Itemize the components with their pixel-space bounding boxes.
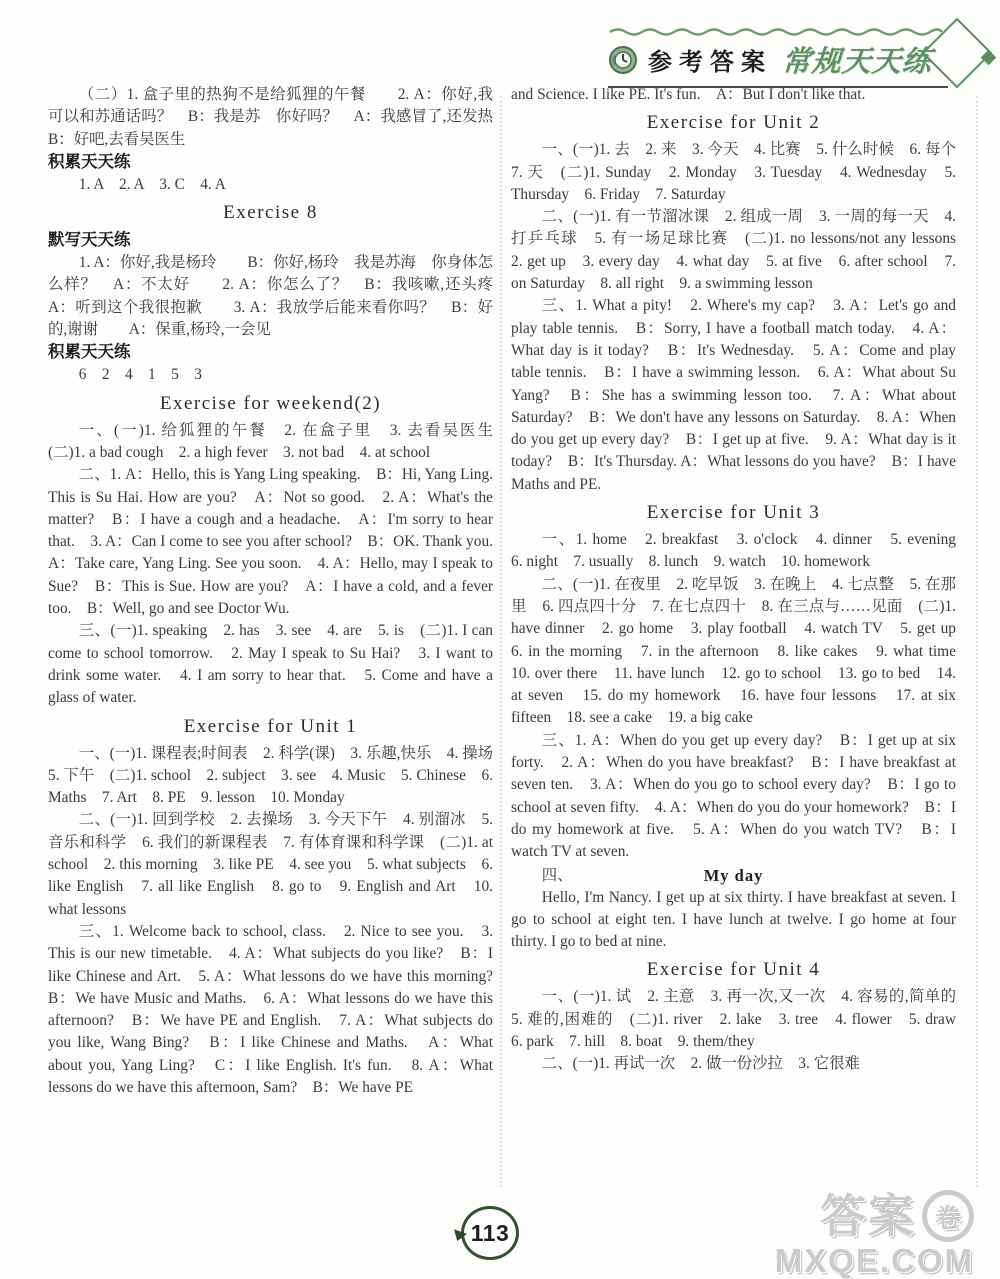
answer-paragraph: 二、(一)1. 有一节溜冰课 2. 组成一周 3. 一周的每一天 4. 打乒乓球… bbox=[511, 206, 956, 295]
answer-paragraph: 二、1. A：Hello, this is Yang Ling speaking… bbox=[48, 464, 493, 620]
answer-paragraph: （二）1. 盒子里的热狗不是给狐狸的午餐 2. A：你好,我可以和苏通话吗？ B… bbox=[48, 84, 493, 151]
leaf-icon bbox=[454, 1228, 467, 1241]
answer-paragraph: 一、(一)1. 去 2. 来 3. 今天 4. 比赛 5. 什么时候 6. 每个… bbox=[511, 139, 956, 206]
section-title: Exercise for Unit 4 bbox=[511, 958, 956, 982]
watermark-row-1: 答案 卷 bbox=[775, 1190, 974, 1242]
answer-paragraph: 一、1. home 2. breakfast 3. o'clock 4. din… bbox=[511, 529, 956, 574]
page-header: 参考答案 常规天天练 bbox=[608, 26, 948, 88]
right-column: and Science. I like PE. It's fun. A：But … bbox=[511, 84, 956, 1099]
answer-paragraph: 三、1. What a pity! 2. Where's my cap? 3. … bbox=[511, 295, 956, 496]
answer-paragraph: 1. A：你好,我是杨玲 B：你好,杨玲 我是苏海 你身体怎么样？ A：不太好 … bbox=[48, 252, 493, 341]
answer-paragraph: 二、(一)1. 回到学校 2. 去操场 3. 今天下午 4. 别溜冰 5. 音乐… bbox=[48, 809, 493, 920]
answer-paragraph: 二、(一)1. 在夜里 2. 吃早饭 3. 在晚上 4. 七点整 5. 在那里 … bbox=[511, 574, 956, 730]
section-title: Exercise 8 bbox=[48, 201, 493, 225]
watermark-domain: MXQE.COM bbox=[775, 1244, 974, 1278]
wavy-line-decoration bbox=[608, 26, 944, 36]
answer-paragraph: Hello, I'm Nancy. I get up at six thirty… bbox=[511, 887, 956, 954]
answer-columns: （二）1. 盒子里的热狗不是给狐狸的午餐 2. A：你好,我可以和苏通话吗？ B… bbox=[48, 84, 956, 1099]
left-column: （二）1. 盒子里的热狗不是给狐狸的午餐 2. A：你好,我可以和苏通话吗？ B… bbox=[48, 84, 493, 1099]
page-number-badge: 113 bbox=[461, 1206, 519, 1260]
answer-paragraph: 一、(一)1. 课程表;时间表 2. 科学(课) 3. 乐趣,快乐 4. 操场 … bbox=[48, 743, 493, 810]
header-title-row: 参考答案 常规天天练 bbox=[608, 36, 948, 88]
answer-paragraph: 二、(一)1. 再试一次 2. 做一份沙拉 3. 它很难 bbox=[511, 1053, 956, 1075]
page-number: 113 bbox=[471, 1220, 510, 1247]
composition-line: 四、My day bbox=[511, 864, 956, 887]
watermark-text: 答案 bbox=[820, 1193, 916, 1239]
section-title: Exercise for weekend(2) bbox=[48, 392, 493, 416]
header-title-reference-answers: 参考答案 bbox=[648, 42, 772, 77]
answer-paragraph: 三、1. Welcome back to school, class. 2. N… bbox=[48, 921, 493, 1099]
answer-paragraph: 1. A 2. A 3. C 4. A bbox=[48, 174, 493, 196]
answer-paragraph: 三、(一)1. speaking 2. has 3. see 4. are 5.… bbox=[48, 620, 493, 709]
answer-paragraph: and Science. I like PE. It's fun. A：But … bbox=[511, 84, 956, 106]
section-title: Exercise for Unit 1 bbox=[48, 715, 493, 739]
header-title-series-name: 常规天天练 bbox=[781, 39, 934, 80]
composition-number-label: 四、 bbox=[542, 864, 573, 887]
right-margin-dotted-line bbox=[976, 96, 978, 1187]
section-heading: 积累天天练 bbox=[48, 341, 493, 364]
answer-paragraph: 三、1. A：When do you get up every day? B：I… bbox=[511, 730, 956, 864]
section-heading: 默写天天练 bbox=[48, 229, 493, 252]
section-title: Exercise for Unit 2 bbox=[511, 111, 956, 135]
clock-icon bbox=[608, 45, 638, 75]
answer-paragraph: 一、(一)1. 试 2. 主意 3. 再一次,又一次 4. 容易的,简单的 5.… bbox=[511, 986, 956, 1053]
watermark-circle-badge: 卷 bbox=[922, 1190, 974, 1242]
answer-paragraph: 一、(一)1. 给狐狸的午餐 2. 在盒子里 3. 去看吴医生 (二)1. a … bbox=[48, 420, 493, 465]
section-title: Exercise for Unit 3 bbox=[511, 501, 956, 525]
answer-paragraph: 6 2 4 1 5 3 bbox=[48, 364, 493, 386]
composition-title: My day bbox=[511, 864, 956, 887]
watermark: 答案 卷 MXQE.COM bbox=[775, 1190, 974, 1278]
section-heading: 积累天天练 bbox=[48, 151, 493, 174]
